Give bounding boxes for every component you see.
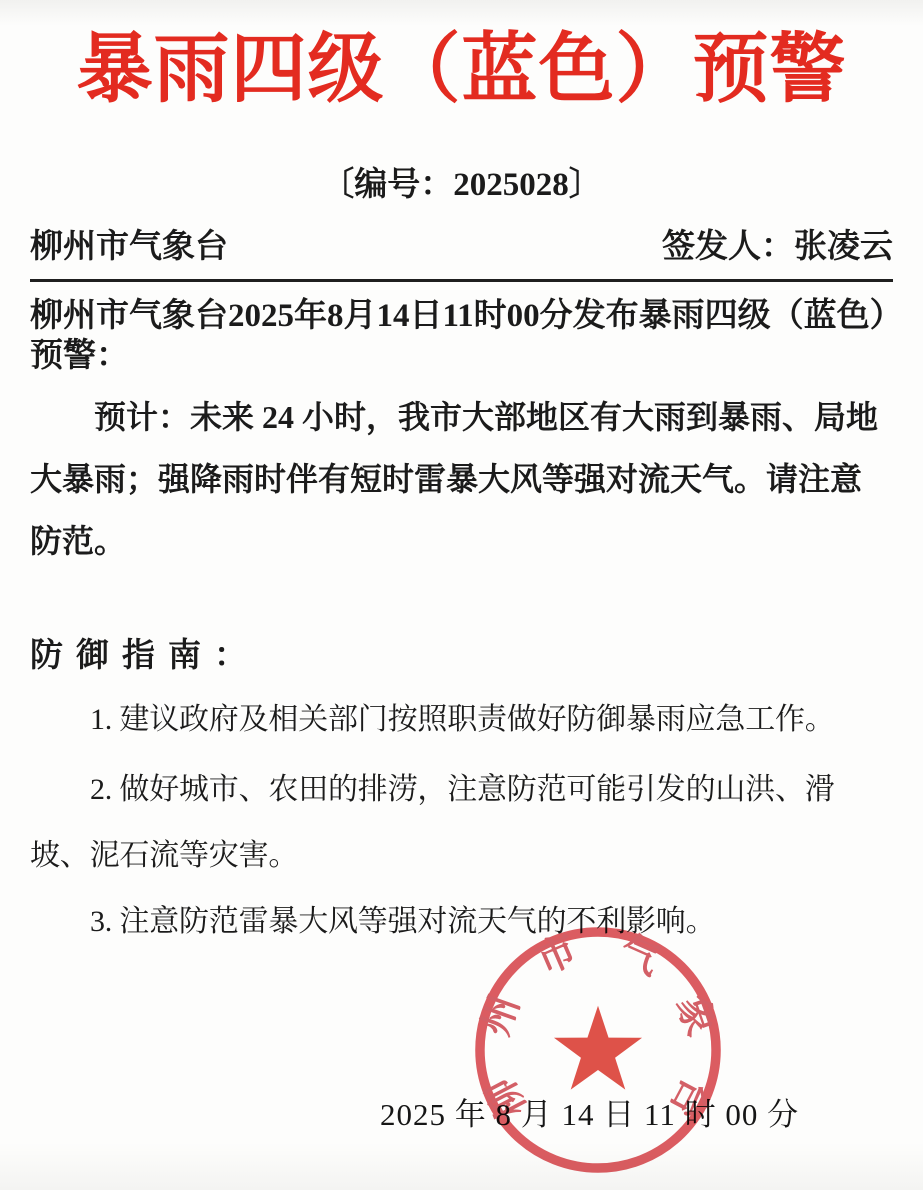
- forecast-paragraph: 预计：未来 24 小时，我市大部地区有大雨到暴雨、局地大暴雨；强降雨时伴有短时雷…: [30, 386, 893, 572]
- issuing-office: 柳州市气象台: [30, 226, 228, 266]
- guide-item-2: 2. 做好城市、农田的排涝，注意防范可能引发的山洪、滑坡、泥石流等灾害。: [30, 757, 893, 889]
- warning-document: 暴雨四级（蓝色）预警 〔编号：2025028〕 柳州市气象台 签发人：张凌云 柳…: [0, 0, 923, 1190]
- official-seal: 柳州市气象台: [461, 913, 735, 1187]
- issue-statement: 柳州市气象台2025年8月14日11时00分发布暴雨四级（蓝色）预警：: [30, 296, 893, 376]
- signer: 签发人：张凌云: [662, 227, 893, 267]
- guide-item-1: 1. 建议政府及相关部门按照职责做好防御暴雨应急工作。: [30, 687, 893, 753]
- divider-line: [30, 279, 893, 282]
- seal-star-icon: [554, 1006, 642, 1090]
- page-title: 暴雨四级（蓝色）预警: [30, 0, 893, 116]
- issuer-row: 柳州市气象台 签发人：张凌云: [30, 226, 893, 267]
- guide-heading: 防御指南：: [30, 634, 893, 676]
- doc-number: 〔编号：2025028〕: [30, 166, 893, 204]
